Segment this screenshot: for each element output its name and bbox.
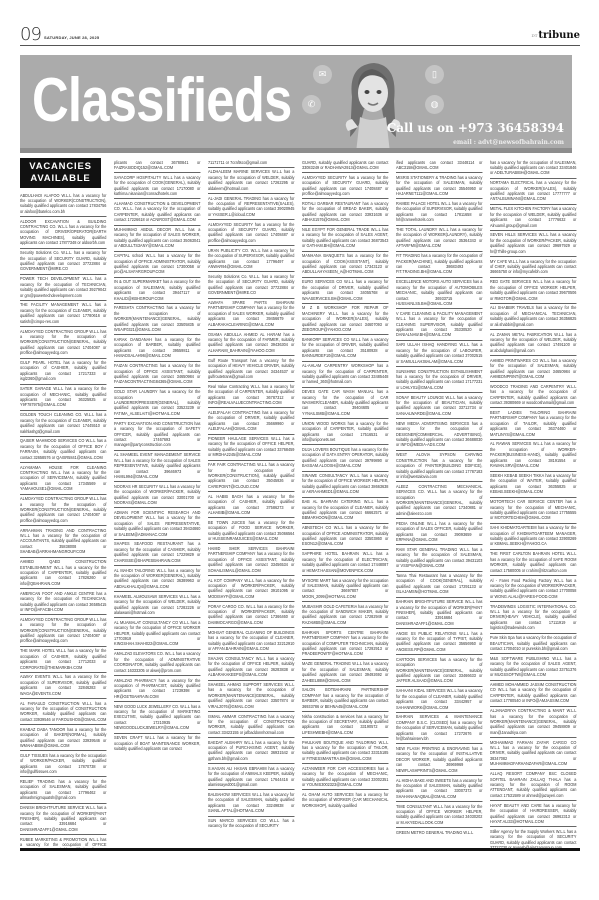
classified-ad: SHAKEEL AHMAD SUPPORT SERVICES W.L.L has…: [208, 681, 294, 713]
classified-ad: ALMOAYYED SECURITY has a vacancy for the…: [302, 173, 388, 199]
column-6: has a vacancy for the occupation of SALE…: [490, 158, 577, 848]
classified-ad: DUJA LOVERS BOUTIQUE has a vacancy for t…: [302, 445, 388, 471]
classified-ad: Security Solutions Co. W.L.L. has a vaca…: [208, 272, 294, 298]
classified-ad: MY CAFE W.L.L has a vacancy for the occu…: [490, 257, 576, 278]
classified-ad: ALWAY EVENTS W.L.L has a vacancy for the…: [20, 673, 106, 699]
classified-ad: BALBAHOW SERVICES W.L.L has a vacancy fo…: [208, 790, 294, 816]
contact-email[interactable]: email : advt@newsofbahrain.com: [453, 139, 564, 146]
classified-ad: Security Solutions Co. W.L.L. has a vaca…: [20, 249, 106, 275]
classified-ad: PHULKARI BOUTIQUE AND TAILORING W.L.L ha…: [302, 738, 388, 764]
classified-ad: CARTOON SERVICES has a vacancy for the o…: [396, 655, 482, 687]
classified-ad: ADMAN FOR SCIENTIFIC RESEARCH AND DEVELO…: [114, 508, 200, 540]
classified-ad: BAB AL BAHRAIN CATERING W.L.L has a vaca…: [302, 498, 388, 524]
issue-date: SATURDAY, JUNE 28, 2025: [44, 35, 99, 40]
classified-ad: ALDHALEEM MARINE SERVICES W.L.L has a va…: [208, 168, 294, 194]
classified-ad: Nisha construction & services has a vaca…: [302, 712, 388, 738]
classified-ad: SAPPHIRE HOTEL BAHRAIN W.L.L has a vacan…: [302, 550, 388, 576]
classified-ad: NORTAMA ELECTRICAL has a vacancy for the…: [490, 179, 576, 205]
classified-ad: has a vacancy for the occupation of SALE…: [490, 158, 576, 179]
classified-ad: V CARE CLEANING & FACILITY MANAGEMENT W.…: [396, 309, 482, 341]
banner-underline: [20, 148, 572, 153]
classified-ad: NOORAS HR SECURITY W.L.L has a vacancy f…: [114, 482, 200, 508]
classified-ad: FIT TRADING has a vacancy for the occupa…: [396, 252, 482, 278]
classified-ad: NILE EGYPT FOR GENERAL TRADE W.L.L has a…: [302, 226, 388, 252]
classified-ad: UNION WOOD WORKS has a vacancy for the o…: [302, 419, 388, 445]
classified-ad: AMERICAN FOOT AND ANKLE CENTRE has a vac…: [20, 589, 106, 615]
classified-ad: THE MARK HOTEL W.L.L has a vacancy for t…: [20, 647, 106, 673]
classified-ad: AMALZAD ELEVATORS CO. W.L.L has a vacanc…: [114, 650, 200, 676]
classified-ad: SEEKH KEBAB SEEKH TIKKA has a vacancy fo…: [490, 472, 576, 498]
classified-ad: SAHAANI KIDAL SERVICES W.L.L has a vacan…: [396, 687, 482, 713]
classified-ad: QAISER MAHMOOD SERVICES CO W.L.L has a v…: [20, 437, 106, 463]
classified-ad: ALMOAYYED CONTRACTING GROUP W.L.L has a …: [20, 327, 106, 359]
classified-ad: SUN MARCO SERVICES CO W.L.L has a vacanc…: [208, 817, 294, 831]
classified-ad: SUNSHINE CONSTRUCTION ESTABLISHMENT has …: [396, 367, 482, 393]
classified-ad: ALMOAYYED CONTRACTING GROUP W.L.L has a …: [20, 615, 106, 647]
classified-ad: SEVEN HILLS SERVICES W.L.L has a vacancy…: [490, 231, 576, 257]
classified-ad: MYSORE MART has a vacancy for the occupa…: [302, 576, 388, 602]
classified-ad: Al - Fares Food Packing Factory W.L.L ha…: [490, 576, 576, 602]
classified-ad: BAHRAIN BRIGHTFUTURE SERVICE W.L.L has a…: [396, 598, 482, 630]
classified-ad: PORAY CARGO CO. W.L.L has a vacancy for …: [208, 602, 294, 628]
page-bottom-rule: [20, 848, 580, 851]
classified-ad: AL FARAULD CONSTRUCTION W.L.L has a vaca…: [20, 699, 106, 725]
classified-ad: FAIZAN CONTRACTING has a vacancy for the…: [114, 362, 200, 388]
classified-ad: THE FIRST CARLTON BAHRAIN HOTEL W.L.L ha…: [490, 550, 576, 576]
classified-ad: GUARD, suitably qualified applicants can…: [302, 158, 388, 173]
classified-columns: ABDULHADI ALAFOO W.L.L has a vacancy for…: [20, 158, 580, 848]
classified-ad: AHMED PRINTWARES CO W.L.L has a vacancy …: [490, 356, 576, 382]
classified-ad: SINAWE CONSULTANCY W.L.L has a vacancy f…: [302, 472, 388, 498]
classified-ad: KARAK DANDANAH has a vacancy for the occ…: [114, 335, 200, 361]
classified-ad: ANGIE SS PUBLIC RELATIONS W.L.L has a va…: [396, 629, 482, 655]
mobile-icon: ▯: [425, 65, 444, 84]
classified-ad: CAPITAL school W.L.L has a vacancy for t…: [114, 252, 200, 278]
classified-ad: Tanna Thai Restaurant has a vacancy for …: [396, 572, 482, 598]
classified-ad: AL ZAMAN METAL FABRICATION W.L.L has a v…: [490, 330, 576, 356]
classified-ad: KHAMEEL ALMOUSAWI SERVICES W.L.L has a v…: [114, 592, 200, 618]
classified-ad: RELIEF TRADING has a vacancy for the occ…: [20, 777, 106, 803]
classified-ad: Gulf Route Transport has a vacancy for t…: [208, 356, 294, 382]
classified-ad: AHMED QAED CONSTRUCTION ESTABLISHMENT W.…: [20, 558, 106, 590]
classified-ad: 71171711 or 7craftsco@gmail.com: [208, 158, 294, 168]
classified-ad: MOTORTECH CAR SERVICE CENTER has a vacan…: [490, 498, 576, 524]
classified-ad: MISRIS STATIONERY & TRADING has a vacanc…: [396, 173, 482, 199]
classified-ad: MUBASHIR GOLD CAFETERIA has a vacancy fo…: [302, 602, 388, 628]
classified-ad: OSAMA ABDULLA AHMED AL HARAM has a vacan…: [208, 330, 294, 356]
classified-ad: THE TOTAL LAUNDRY W.L.L has a vacancy fo…: [396, 226, 482, 252]
classified-ad: ALLAQ RESORT COMPANY BSC CLOSED SOFITEL …: [490, 770, 576, 802]
classified-ad: SATER GARAGE W.L.L has a vacancy for the…: [20, 385, 106, 411]
column-2: plicants can contact 36780841 or FAIZRAS…: [114, 158, 201, 848]
classified-ad: Pure Skin Spa has a vacancy for the occu…: [490, 634, 576, 655]
classified-ad: NEW GOOD LUCK JEWELLERY CO. W.L.L has a …: [114, 702, 200, 734]
classified-ad: ABNSTECH CO W.L.L has a vacancy for the …: [302, 524, 388, 550]
classified-ad: GULF PEARL HOTEL has a vacancy for the o…: [20, 359, 106, 385]
classified-ad: BAEDAT ALBAHRY W.L.L has a vacancy for t…: [208, 738, 294, 764]
classified-ad: plicants can contact 36780841 or FAIZRAS…: [114, 158, 200, 173]
classified-ad: FAR FAIR CONTRACTING W.L.L has a vacancy…: [208, 461, 294, 493]
classified-ad: KHABAZ DABA TANOOR has a vacancy for the…: [20, 725, 106, 751]
classified-ad: BAHRAIN SERVICES & MAINTENANCE COMPANY B…: [396, 713, 482, 745]
classified-ad: BAHRAIN SPORTS CENTRE BAHRAINI PARTNERSH…: [302, 628, 388, 660]
classified-ad: MOHSAT GENERAL CLEANING OF BUILDINGS has…: [208, 628, 294, 654]
classified-ad: BEST LADIES TAILORING BAHRAINI PARTNERSH…: [490, 408, 576, 440]
classified-ad: AL HABIB BAGH has a vacancy for the occu…: [208, 492, 294, 518]
classified-ad: AHMED MOHAMMED JASSIM CONSTRUCTION CO W.…: [490, 681, 576, 707]
page-number: 09: [20, 26, 41, 44]
classified-ad: ARRAHMAN TRADING AND CONTRACTING W.L.L h…: [20, 526, 106, 558]
classified-ad: SALON BOTBAHRAINI PARTNERSHIP COMPANY ha…: [302, 686, 388, 712]
banner-title: Classifieds: [32, 61, 291, 141]
classified-ad: GREEN METRO GENERAL TRADING W.L.L: [396, 828, 482, 837]
classified-ad: WEST ALOVIA SYPSON CARVING CONSTRUCTION …: [396, 451, 482, 483]
classified-ad: ALWAFA SPARE PARTS BAHRAINI PARTNERSHIP …: [208, 299, 294, 331]
classified-ad: MOHAMMAD FARHAN ZAFAR CARGO CO W.L.L has…: [490, 738, 576, 770]
classified-ad: URAN PUBLICITY CO. W.L.L has a vacancy f…: [208, 246, 294, 272]
classified-ad: AL MAHDI TAILORING W.L.L has a vacancy f…: [114, 566, 200, 592]
classified-ad: ALHAMAD CONSTRUCTION & DEVELOPMENT CO. W…: [114, 199, 200, 225]
classified-ad: POWER TECH DEVELOPMENT W.L.L has a vacan…: [20, 275, 106, 301]
classified-ad: BE TOWN JUICES has a vacancy for the occ…: [208, 518, 294, 544]
classified-ad: Real Value Contracting W.L.L has a vacan…: [208, 382, 294, 408]
classified-ad: AL-AHLAM CARPENTRY WORKSHOP has a vacanc…: [302, 362, 388, 388]
classified-ad: TRADEWINDS LOGISTIC INTERNATIONAL CO. W.…: [490, 602, 576, 634]
classified-ad: M&S SOFTWARE PUBLISHING W.L.L has a vaca…: [490, 654, 576, 680]
classified-ad: EURO SERVICES CO W.L.L has a vacancy for…: [302, 278, 388, 304]
classified-ad: DEVES GATE CAR WASH MANUAL has a vacancy…: [302, 388, 388, 420]
classified-ad: AL GHAM AUTO SERVICES has a vacancy for …: [302, 790, 388, 810]
call-number[interactable]: Call us on +973 36458394: [387, 121, 564, 135]
classified-ad: MUHAMMAD ABDUL DECOR W.L.L has a vacancy…: [114, 226, 200, 252]
classified-ad: GOLDEN TOUCH CLEANING CO. W.L.L has a va…: [20, 411, 106, 437]
classified-ad: PEDIA ONLINE W.L.L has a vacancy for the…: [396, 519, 482, 545]
classified-ad: MAZE GENERAL TRADING W.L.L has a vacancy…: [302, 660, 388, 686]
classified-ad: ROTALI DARBAR RESTAURANT has a vacancy f…: [302, 199, 388, 225]
classified-ad: GULF TISSUES has a vacancy for the occup…: [20, 751, 106, 777]
classified-ad: RED GATE SERVICES W.L.L has a vacancy fo…: [490, 278, 576, 304]
classified-ad: HAYAT BEAUTY AND CARE has a vacancy for …: [490, 801, 576, 827]
column-4: GUARD, suitably qualified applicants can…: [302, 158, 389, 848]
logo-prefix: DT: [532, 33, 538, 38]
classified-ad: AL HIDHA BAKE AND SWEETS has a vacancy f…: [396, 776, 482, 802]
classified-ad: M Z B WORKSHOP FOR REPAIR OF MACHINERY W…: [302, 304, 388, 336]
classified-ad: TIME CONSULTANT W.L.L has a vacancy for …: [396, 802, 482, 828]
classified-ad: AL RAWAN SERVICES W.L.L has a vacancy fo…: [490, 440, 576, 472]
classified-ad: ISMAIL AMMAR CONTRACTING has a vacancy f…: [208, 712, 294, 738]
operator-woman-illustration: [338, 57, 408, 153]
classified-ad: GOLD STAR LAUNDRY has a vacancy for the …: [114, 388, 200, 420]
globe-icon: ◍: [425, 95, 444, 114]
classified-ad: SHAJAN CONSULTANCY W.L.L has a vacancy f…: [208, 654, 294, 680]
classified-ad: PARTY EXCAVATION AND CONSTRUCTION has a …: [114, 419, 200, 451]
classified-ad: SONAY BEAUTY LOUNGE W.L.L has a vacancy …: [396, 393, 482, 419]
classified-ad: HAMID SHER SERVICES BAHRAINI PARTNERSHIP…: [208, 544, 294, 576]
classified-ad: NEW FLASH PRINTING & ENGRAVING has a vac…: [396, 744, 482, 776]
classified-ad: ALTANWEER FOR CAR ACCESSORIES has a vaca…: [302, 764, 388, 790]
classified-ad: RUBEE MARKETING & PROMOTION W.L.L has a …: [20, 835, 106, 848]
phone-icon: ✆: [302, 95, 321, 114]
classified-ad: SAHI KHIDMATGARTEEM has a vacancy for th…: [490, 524, 576, 550]
classified-ad: METAL FLEX KITCHEN FACTORY has a vacancy…: [490, 205, 576, 231]
classified-ad: ALDOOR EXCAVATION & BUILDING CONTRACTING…: [20, 217, 106, 249]
classified-ad: Stiller Agency for the Supply Workers W.…: [490, 827, 576, 848]
classified-ad: RAM STAR GENERAL TRADING W.L.L has a vac…: [396, 545, 482, 571]
classified-ad: FARESHTA CONTRACTING has a vacancy for t…: [114, 304, 200, 336]
classified-ad: AL-JADI GENERAL TRADING has a vacancy fo…: [208, 194, 294, 220]
classified-ad: SEVEN CRAFT W.L.L has a vacancy for the …: [114, 734, 200, 754]
classified-ad: ALEEZ CONTRACTING MECHANICAL SERVICES CO…: [396, 482, 482, 519]
classified-ad: S.HASAN ALI HASAN EBRAHIM has a vacancy …: [208, 764, 294, 790]
classified-ad: AMALZAD PHARMACY has a vacancy for the o…: [114, 676, 200, 702]
classified-ad: SARI ULLAH ISHAQ HANDYING W.L.L has a va…: [396, 341, 482, 367]
mail-icon: ✉: [313, 65, 332, 84]
classified-ad: ified applicants can contact 33448114 or…: [396, 158, 482, 173]
classified-ad: ABDULHADI ALAFOO W.L.L has a vacancy for…: [20, 191, 106, 217]
classified-ad: NEW MEDIA ADVERTISING SERVICES has a vac…: [396, 419, 482, 451]
classified-ad: ALMOAYYED SECURITY has a vacancy for the…: [208, 220, 294, 246]
column-3: 71171711 or 7craftsco@gmail.comALDHALEEM…: [208, 158, 295, 848]
classified-ad: ALI SHABBIR TRAVELS has a vacancy for th…: [490, 304, 576, 330]
classified-ad: PIONEER HAULAGE SERVICES W.L.L has a vac…: [208, 435, 294, 461]
tribune-logo[interactable]: DTtribune: [532, 30, 580, 41]
classified-ad: THE FACILITY MANAGEMENT W.L.L has a vaca…: [20, 301, 106, 327]
masthead: 09 SATURDAY, JUNE 28, 2025 DTtribune: [20, 26, 580, 46]
classified-ad: ALJANADRIYA CONTRACTING & MAINT W.L.L ha…: [490, 707, 576, 739]
classified-ad: AL SHAMEEL EVENT MANAGEMENT SERVICE W.L.…: [114, 451, 200, 483]
classified-ad: RAMEE PALACE HOTEL W.L.L has a vacancy f…: [396, 199, 482, 225]
classified-ad: SHAPES SEAFOOD RESTAURANT has a vacancy …: [114, 540, 200, 566]
logo-text: tribune: [538, 30, 580, 41]
classified-ad: EXCELLENCE MOTORS AUTO SERVICES has a va…: [396, 278, 482, 310]
classifieds-banner: Classifieds ✉ ✆ ▯ ◍ Call us on +973 3645…: [20, 55, 572, 153]
column-5: ified applicants can contact 33448114 or…: [396, 158, 483, 848]
classified-ad: IN & OUT SUPERMARKET has a vacancy for t…: [114, 278, 200, 304]
classified-ad: BANKORP SERVICES CO W.L.L has a vacancy …: [302, 335, 388, 361]
classified-ad: WOODCO TRADING AND CARPENTRY W.L.L has a…: [490, 382, 576, 408]
classified-ad: ALMOAYYED CONTRACTING GROUP W.L.L has a …: [20, 495, 106, 527]
classified-ad: AL MUAMALAT CONSULTANCY CO W.L.L has a v…: [114, 618, 200, 650]
column-1: ABDULHADI ALAFOO W.L.L has a vacancy for…: [20, 158, 107, 848]
classified-ad: MANHANA BANQUETS has a vacancy for the o…: [302, 252, 388, 278]
classified-ad: ALYAMAMA HOUSE FOR CLEANING CONTRACTING …: [20, 463, 106, 495]
classified-ad: ALEIJFALAH CONTRACTING has a vacancy for…: [208, 408, 294, 434]
classified-ad: AL KOT COMPANY W.L.L has a vacancy for t…: [208, 576, 294, 602]
classified-ad: SAYACORP HOSPITALITY W.L.L has a vacancy…: [114, 173, 200, 199]
classified-ad: DANISH BRIGHTFUTURE SERVICE W.L.L has a …: [20, 804, 106, 836]
